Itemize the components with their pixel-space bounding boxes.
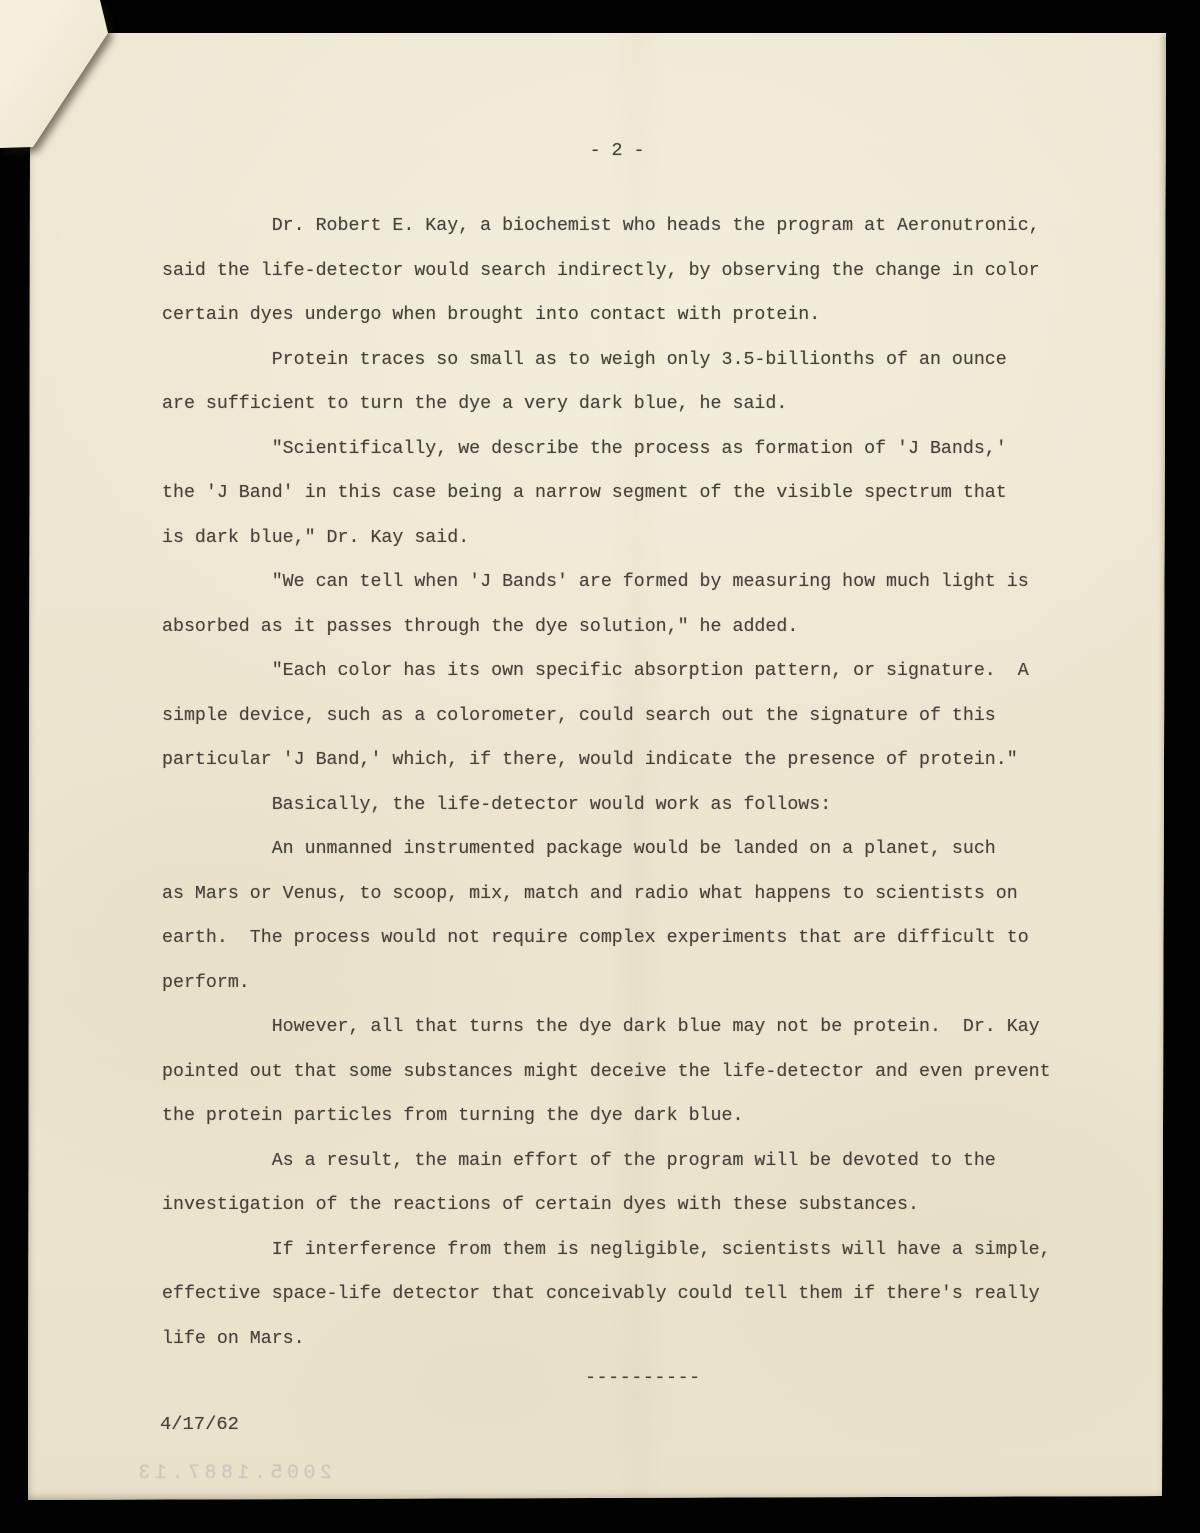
typed-body: Dr. Robert E. Kay, a biochemist who head… <box>162 204 1087 1361</box>
separator-dashes: ---------- <box>585 1368 701 1388</box>
typed-line: "We can tell when 'J Bands' are formed b… <box>162 560 1087 605</box>
page-number: - 2 - <box>162 141 1072 161</box>
typed-line: Basically, the life-detector would work … <box>162 783 1087 828</box>
folded-corner-flap <box>0 0 112 152</box>
typed-line: particular 'J Band,' which, if there, wo… <box>162 738 1087 783</box>
typed-line: As a result, the main effort of the prog… <box>162 1139 1087 1184</box>
typed-line: Dr. Robert E. Kay, a biochemist who head… <box>162 204 1087 249</box>
typed-line: simple device, such as a colorometer, co… <box>162 694 1087 739</box>
bleed-through-accession-number: 2005.1887.13 <box>106 1462 332 1485</box>
typed-line: said the life-detector would search indi… <box>162 249 1087 294</box>
typed-line: If interference from them is negligible,… <box>162 1228 1087 1273</box>
typed-line: Protein traces so small as to weigh only… <box>162 338 1087 383</box>
typed-line: certain dyes undergo when brought into c… <box>162 293 1087 338</box>
typed-line: investigation of the reactions of certai… <box>162 1183 1087 1228</box>
typed-line: the 'J Band' in this case being a narrow… <box>162 471 1087 516</box>
typed-line: absorbed as it passes through the dye so… <box>162 605 1087 650</box>
typed-line: the protein particles from turning the d… <box>162 1094 1087 1139</box>
folded-corner-wrap <box>0 0 140 190</box>
date-stamp: 4/17/62 <box>160 1413 239 1435</box>
typed-line: is dark blue," Dr. Kay said. <box>162 516 1087 561</box>
typed-line: life on Mars. <box>162 1317 1087 1362</box>
scan-background: - 2 - Dr. Robert E. Kay, a biochemist wh… <box>0 0 1200 1533</box>
typed-line: "Scientifically, we describe the process… <box>162 427 1087 472</box>
typed-line: An unmanned instrumented package would b… <box>162 827 1087 872</box>
typed-line: effective space-life detector that conce… <box>162 1272 1087 1317</box>
typed-line: pointed out that some substances might d… <box>162 1050 1087 1095</box>
typed-line: earth. The process would not require com… <box>162 916 1087 961</box>
typed-line: However, all that turns the dye dark blu… <box>162 1005 1087 1050</box>
typed-line: "Each color has its own specific absorpt… <box>162 649 1087 694</box>
typed-line: are sufficient to turn the dye a very da… <box>162 382 1087 427</box>
typed-line: as Mars or Venus, to scoop, mix, match a… <box>162 872 1087 917</box>
typed-line: perform. <box>162 961 1087 1006</box>
